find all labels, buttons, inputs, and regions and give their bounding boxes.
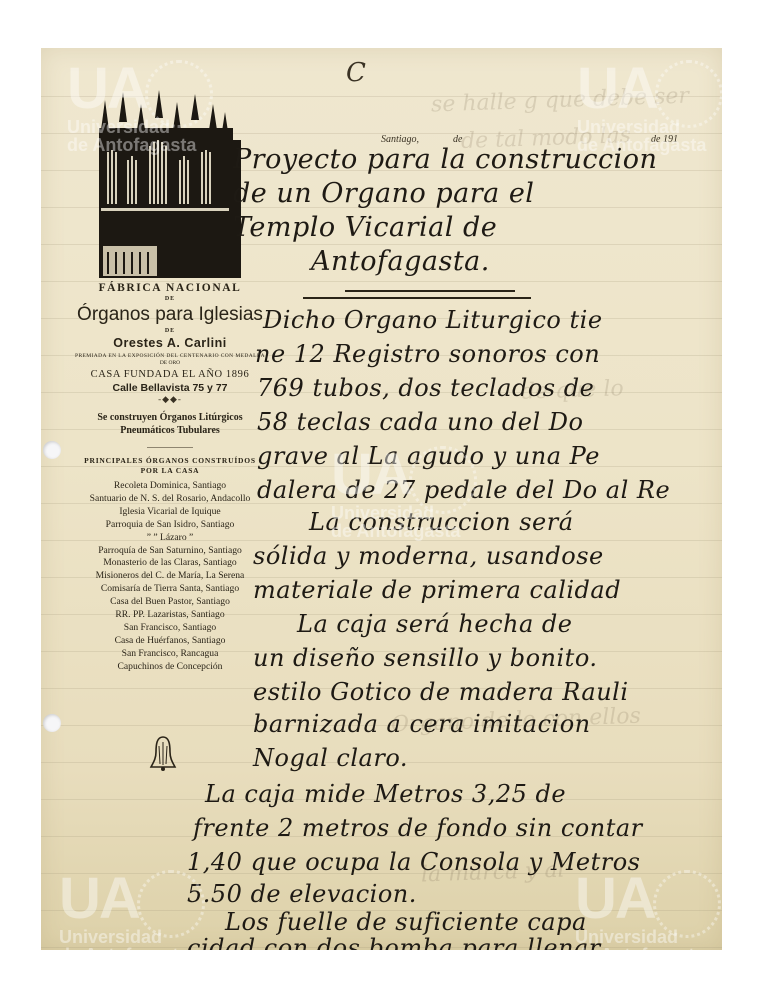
body-line: cidad con dos bomba para llenar xyxy=(187,934,601,950)
works-item: San Francisco, Rancagua xyxy=(59,648,281,661)
letterhead-address: Calle Bellavista 75 y 77 xyxy=(59,382,281,394)
title-underline xyxy=(345,290,515,292)
watermark-ua: UA Universidad de Antofagasta xyxy=(575,870,704,950)
letterhead-de: DE xyxy=(59,328,281,334)
seal-icon xyxy=(137,870,205,938)
works-item: Casa de Huérfanos, Santiago xyxy=(59,635,281,648)
letterhead-fundada: CASA FUNDADA EL AÑO 1896 xyxy=(59,369,281,380)
letterhead-organos: Órganos para Iglesias xyxy=(59,304,281,326)
body-line: 5.50 de elevacion. xyxy=(187,880,417,908)
seal-icon xyxy=(145,60,213,128)
title-line: de un Organo para el xyxy=(233,178,534,209)
works-item: RR. PP. Lazaristas, Santiago xyxy=(59,609,281,622)
punch-hole xyxy=(43,714,61,732)
body-line: Nogal claro. xyxy=(253,744,408,772)
watermark-line2: de Antofagasta xyxy=(59,946,188,950)
body-line: ne 12 Registro sonoros con xyxy=(255,340,600,368)
ornament-icon: -◆◆- xyxy=(59,394,281,405)
body-line: barnizada a cera imitacion xyxy=(253,710,591,738)
watermark-ua: UA Universidad de Antofagasta xyxy=(67,60,196,154)
body-line: un diseño sensillo y bonito. xyxy=(253,644,597,672)
works-item: Iglesia Vicarial de Iquique xyxy=(59,506,281,519)
works-item: Misioneros del C. de María, La Serena xyxy=(59,570,281,583)
body-line: materiale de primera calidad xyxy=(253,576,621,604)
letterhead-construyen: Se construyen Órganos Litúrgicos xyxy=(59,411,281,424)
body-line: La caja mide Metros 3,25 de xyxy=(205,780,566,808)
watermark-line2: de Antofagasta xyxy=(67,136,196,154)
works-item: Monasterio de las Claras, Santiago xyxy=(59,557,281,570)
divider xyxy=(147,447,193,448)
body-line: estilo Gotico de madera Rauli xyxy=(253,678,629,706)
letterhead: FÁBRICA NACIONAL DE Órganos para Iglesia… xyxy=(59,280,281,674)
works-item: Recoleta Dominica, Santiago xyxy=(59,480,281,493)
works-item: Parroquía de San Saturnino, Santiago xyxy=(59,545,281,558)
letterhead-de: DE xyxy=(59,296,281,302)
letterhead-principales: PRINCIPALES ÓRGANOS CONSTRUÍDOS xyxy=(59,456,281,466)
works-item: Capuchinos de Concepción xyxy=(59,661,281,674)
works-item: Parroquia de San Isidro, Santiago xyxy=(59,519,281,532)
letterhead-construyen: Pneumáticos Tubulares xyxy=(59,424,281,437)
corner-mark: C xyxy=(346,58,366,88)
letterhead-owner: Orestes A. Carlini xyxy=(59,336,281,350)
seal-icon xyxy=(655,60,722,128)
body-line: 769 tubos, dos teclados de xyxy=(257,374,594,402)
letterhead-de-oro: DE ORO xyxy=(59,360,281,366)
letterhead-principales: POR LA CASA xyxy=(59,466,281,476)
body-line: Dicho Organo Liturgico tie xyxy=(263,306,603,334)
works-item: ” ” Lázaro ” xyxy=(59,532,281,545)
title-line: Templo Vicarial de xyxy=(233,212,497,243)
seal-icon xyxy=(653,870,721,938)
watermark-ua: UA Universidad de Antofagasta xyxy=(331,446,460,540)
document-page: se halle g que debe ser de tal modo las … xyxy=(41,48,722,950)
watermark-ua: UA Universidad de Antofagasta xyxy=(577,60,706,154)
body-line: frente 2 metros de fondo sin contar xyxy=(193,814,643,842)
bell-icon xyxy=(149,734,177,772)
works-item: San Francisco, Santiago xyxy=(59,622,281,635)
title-underline xyxy=(303,297,531,299)
letterhead-premiada: PREMIADA EN LA EXPOSICIÓN DEL CENTENARIO… xyxy=(59,353,281,359)
watermark-ua: UA Universidad de Antofagasta xyxy=(59,870,188,950)
body-line: 58 teclas cada uno del Do xyxy=(257,408,584,436)
letterhead-fabrica: FÁBRICA NACIONAL xyxy=(59,282,281,294)
works-item: Comisaría de Tierra Santa, Santiago xyxy=(59,583,281,596)
body-line: 1,40 que ocupa la Consola y Metros xyxy=(187,848,640,876)
watermark-line2: de Antofagasta xyxy=(577,136,706,154)
watermark-line2: de Antofagasta xyxy=(575,946,704,950)
body-line: Los fuelle de suficiente capa xyxy=(225,908,587,936)
body-line: sólida y moderna, usandose xyxy=(253,542,604,570)
works-item: Santuario de N. S. del Rosario, Andacoll… xyxy=(59,493,281,506)
seal-icon xyxy=(409,446,477,514)
title-line: Antofagasta. xyxy=(311,246,490,277)
watermark-line2: de Antofagasta xyxy=(331,522,460,540)
body-line: La caja será hecha de xyxy=(297,610,573,638)
works-item: Casa del Buen Pastor, Santiago xyxy=(59,596,281,609)
works-list: Recoleta Dominica, Santiago Santuario de… xyxy=(59,480,281,674)
